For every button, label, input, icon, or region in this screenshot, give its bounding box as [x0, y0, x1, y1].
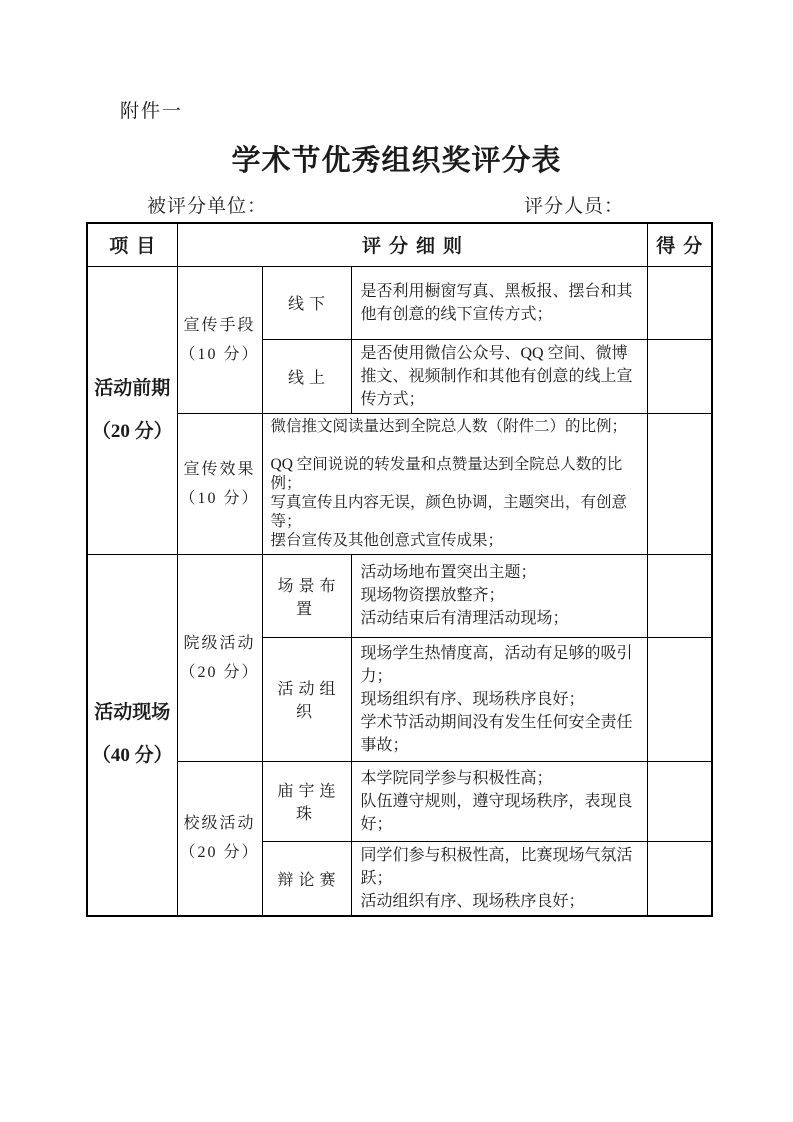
criterion-label-activity-organization: 活动组织 — [262, 637, 351, 761]
criterion-detail-miaoyu-lianzhu: 本学院同学参与积极性高； 队伍遵守规则，遵守现场秩序，表现良好； — [351, 761, 647, 841]
score-cell-publicity-effect[interactable] — [647, 413, 712, 554]
group-points: （10 分） — [178, 484, 262, 513]
criterion-detail-debate: 同学们参与积极性高，比赛现场气氛活跃； 活动组织有序、现场秩序良好； — [351, 841, 647, 916]
criterion-detail-scene-layout: 活动场地布置突出主题； 现场物资摆放整齐； 活动结束后有清理活动现场； — [351, 554, 647, 637]
score-cell-activity-organization[interactable] — [647, 637, 712, 761]
criterion-label-miaoyu-lianzhu: 庙宇连珠 — [262, 761, 351, 841]
score-cell-debate[interactable] — [647, 841, 712, 916]
section-cell-on-site: 活动现场 （40 分） — [87, 554, 177, 916]
section-name: 活动前期 — [88, 377, 177, 401]
criterion-detail-activity-organization: 现场学生热情度高，活动有足够的吸引力； 现场组织有序、现场秩序良好； 学术节活动… — [351, 637, 647, 761]
score-cell-miaoyu-lianzhu[interactable] — [647, 761, 712, 841]
group-points: （10 分） — [178, 340, 262, 369]
group-points: （20 分） — [178, 658, 262, 687]
table-row-miaoyu-lianzhu: 校级活动 （20 分） 庙宇连珠 本学院同学参与积极性高； 队伍遵守规则，遵守现… — [87, 761, 712, 841]
group-points: （20 分） — [178, 838, 262, 867]
criterion-label-debate: 辩论赛 — [262, 841, 351, 916]
criterion-label-scene-layout: 场景布置 — [262, 554, 351, 637]
criterion-label-offline: 线下 — [262, 266, 351, 339]
criterion-label-online: 线上 — [262, 339, 351, 413]
page-title: 学术节优秀组织奖评分表 — [0, 138, 793, 179]
table-row-offline: 活动前期 （20 分） 宣传手段 （10 分） 线下 是否利用橱窗写真、黑板报、… — [87, 266, 712, 339]
group-cell-publicity-means: 宣传手段 （10 分） — [177, 266, 262, 413]
rated-unit-field[interactable] — [270, 191, 500, 215]
criterion-detail-publicity-effect: 微信推文阅读量达到全院总人数（附件二）的比例； QQ 空间说说的转发量和点赞量达… — [262, 413, 647, 554]
criterion-detail-offline: 是否利用橱窗写真、黑板报、摆台和其他有创意的线下宣传方式； — [351, 266, 647, 339]
rated-unit-label: 被评分单位： — [147, 191, 267, 218]
group-name: 宣传手段 — [178, 311, 262, 340]
table-row-scene-layout: 活动现场 （40 分） 院级活动 （20 分） 场景布置 活动场地布置突出主题；… — [87, 554, 712, 637]
score-cell-offline[interactable] — [647, 266, 712, 339]
table-row-publicity-effect: 宣传效果 （10 分） 微信推文阅读量达到全院总人数（附件二）的比例； QQ 空… — [87, 413, 712, 554]
header-cell-item: 项目 — [87, 223, 177, 266]
group-cell-publicity-effect: 宣传效果 （10 分） — [177, 413, 262, 554]
rater-field[interactable] — [625, 191, 711, 215]
group-cell-college-level: 院级活动 （20 分） — [177, 554, 262, 761]
section-points: （20 分） — [88, 420, 177, 444]
header-cell-criteria: 评分细则 — [177, 223, 647, 266]
criterion-detail-online: 是否使用微信公众号、QQ 空间、微博推文、视频制作和其他有创意的线上宣传方式； — [351, 339, 647, 413]
document-page: 附件一 学术节优秀组织奖评分表 被评分单位： 评分人员： 项目 评分细则 得分 … — [0, 0, 793, 1122]
section-cell-pre-activity: 活动前期 （20 分） — [87, 266, 177, 554]
score-cell-scene-layout[interactable] — [647, 554, 712, 637]
section-points: （40 分） — [88, 744, 177, 768]
group-name: 校级活动 — [178, 809, 262, 838]
table-header-row: 项目 评分细则 得分 — [87, 223, 712, 266]
section-name: 活动现场 — [88, 701, 177, 725]
group-cell-school-level: 校级活动 （20 分） — [177, 761, 262, 916]
header-cell-score: 得分 — [647, 223, 712, 266]
group-name: 院级活动 — [178, 629, 262, 658]
attachment-label: 附件一 — [120, 96, 183, 123]
group-name: 宣传效果 — [178, 455, 262, 484]
score-cell-online[interactable] — [647, 339, 712, 413]
scoring-table: 项目 评分细则 得分 活动前期 （20 分） 宣传手段 （10 分） 线下 是否… — [86, 222, 713, 917]
rater-label: 评分人员： — [524, 191, 624, 218]
